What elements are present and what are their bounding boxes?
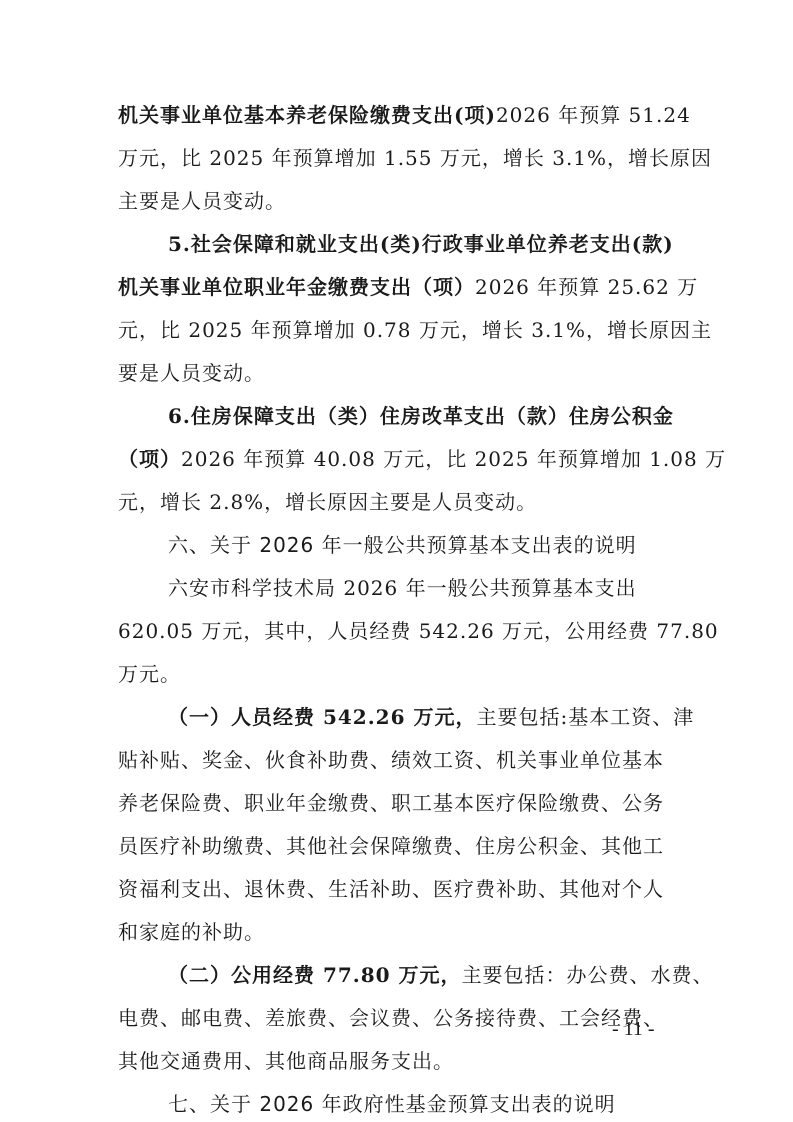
paragraph-line: 和家庭的补助。	[118, 912, 265, 952]
page-number: - 11 -	[612, 1014, 655, 1044]
paragraph-line: 机关事业单位基本养老保险缴费支出(项)2026 年预算 51.24	[118, 95, 691, 135]
section-heading-seven: 七、关于 2026 年政府性基金预算支出表的说明	[118, 1084, 616, 1122]
paragraph-line: 机关事业单位职业年金缴费支出（项）2026 年预算 25.62 万	[118, 267, 698, 307]
section-5-title: 5.社会保障和就业支出(类)行政事业单位养老支出(款)	[118, 224, 674, 264]
paragraph-line: 其他交通费用、其他商品服务支出。	[118, 1041, 454, 1081]
paragraph-line: 资福利支出、退休费、生活补助、医疗费补助、其他对个人	[118, 869, 664, 909]
paragraph-line: 元，增长 2.8%，增长原因主要是人员变动。	[118, 482, 537, 522]
public-expense-line: （二）公用经费 77.80 万元，主要包括：办公费、水费、	[118, 955, 714, 995]
paragraph-line: 620.05 万元，其中，人员经费 542.26 万元，公用经费 77.80	[118, 611, 719, 651]
paragraph-line: 要是人员变动。	[118, 353, 265, 393]
paragraph-line: 电费、邮电费、差旅费、会议费、公务接待费、工会经费、	[118, 998, 664, 1038]
section-6-title: 6.住房保障支出（类）住房改革支出（款）住房公积金	[118, 396, 674, 436]
paragraph-line: 六安市科学技术局 2026 年一般公共预算基本支出	[118, 568, 637, 608]
paragraph-line: 养老保险费、职业年金缴费、职工基本医疗保险缴费、公务	[118, 783, 664, 823]
paragraph-line: 员医疗补助缴费、其他社会保障缴费、住房公积金、其他工	[118, 826, 664, 866]
paragraph-line: 元，比 2025 年预算增加 0.78 万元，增长 3.1%，增长原因主	[118, 310, 712, 350]
paragraph-line: 主要是人员变动。	[118, 181, 286, 221]
paragraph-line: 万元，比 2025 年预算增加 1.55 万元，增长 3.1%，增长原因	[118, 138, 712, 178]
paragraph-line: 万元。	[118, 654, 181, 694]
section-heading-six: 六、关于 2026 年一般公共预算基本支出表的说明	[118, 525, 637, 565]
personnel-expense-line: （一）人员经费 542.26 万元，主要包括:基本工资、津	[118, 697, 694, 737]
paragraph-line: 贴补贴、奖金、伙食补助费、绩效工资、机关事业单位基本	[118, 740, 664, 780]
paragraph-line: （项）2026 年预算 40.08 万元，比 2025 年预算增加 1.08 万	[118, 439, 726, 479]
